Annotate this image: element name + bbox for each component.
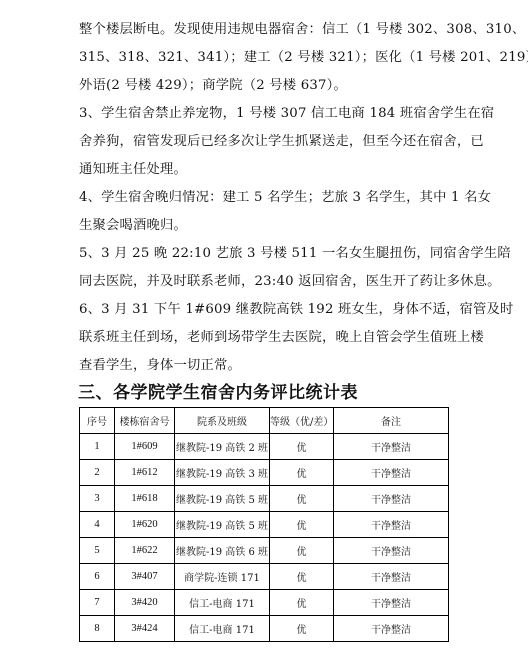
- cell-department-class: 信工-电商 171: [175, 590, 270, 616]
- text-line: 5、3 月 25 晚 22:10 艺旅 3 号楼 511 一名女生腿扭伤，同宿舍…: [79, 240, 451, 268]
- cell-remarks: 干净整洁: [334, 460, 449, 486]
- cell-grade: 优: [270, 486, 334, 512]
- text-line: 整个楼层断电。发现使用违规电器宿舍：信工（1 号楼 302、308、310、: [79, 16, 451, 44]
- table-header-row: 序号 楼栋宿舍号 院系及班级 等级（优/差） 备注: [80, 408, 449, 434]
- text-line: 生聚会喝酒晚归。: [79, 212, 451, 240]
- cell-department-class: 继教院-19 高铁 2 班: [175, 434, 270, 460]
- cell-index: 6: [80, 564, 115, 590]
- header-dorm-number: 楼栋宿舍号: [115, 408, 175, 434]
- cell-index: 5: [80, 538, 115, 564]
- text-line: 外语(2 号楼 429）；商学院（2 号楼 637）。: [79, 72, 451, 100]
- table-row: 3 1#618 继教院-19 高铁 5 班 优 干净整洁: [80, 486, 449, 512]
- section-heading: 三、各学院学生宿舍内务评比统计表: [78, 378, 358, 403]
- paragraph-item-6-illness: 6、3 月 31 下午 1#609 继教院高铁 192 班女生，身体不适，宿管及…: [79, 296, 451, 380]
- cell-grade: 优: [270, 538, 334, 564]
- cell-remarks: 干净整洁: [334, 434, 449, 460]
- cell-dorm-number: 1#622: [115, 538, 175, 564]
- table-row: 2 1#612 继教院-19 高铁 3 班 优 干净整洁: [80, 460, 449, 486]
- cell-remarks: 干净整洁: [334, 564, 449, 590]
- header-remarks: 备注: [334, 408, 449, 434]
- paragraph-item-4-late-return: 4、学生宿舍晚归情况：建工 5 名学生；艺旅 3 名学生，其中 1 名女 生聚会…: [79, 184, 451, 240]
- text-line: 3、学生宿舍禁止养宠物，1 号楼 307 信工电商 184 班宿舍学生在宿: [79, 100, 451, 128]
- text-line: 同去医院，并及时联系老师，23:40 返回宿舍，医生开了药让多休息。: [79, 268, 451, 296]
- cell-department-class: 商学院-连锁 171: [175, 564, 270, 590]
- dorm-inspection-table: 序号 楼栋宿舍号 院系及班级 等级（优/差） 备注 1 1#609 继教院-19…: [79, 407, 449, 642]
- cell-dorm-number: 1#612: [115, 460, 175, 486]
- table-row: 1 1#609 继教院-19 高铁 2 班 优 干净整洁: [80, 434, 449, 460]
- text-line: 联系班主任到场，老师到场带学生去医院，晚上自管会学生值班上楼: [79, 324, 451, 352]
- cell-dorm-number: 1#618: [115, 486, 175, 512]
- cell-remarks: 干净整洁: [334, 616, 449, 642]
- cell-department-class: 继教院-19 高铁 5 班: [175, 512, 270, 538]
- paragraph-illegal-appliances: 整个楼层断电。发现使用违规电器宿舍：信工（1 号楼 302、308、310、 3…: [79, 16, 451, 100]
- cell-index: 8: [80, 616, 115, 642]
- paragraph-item-3-pets: 3、学生宿舍禁止养宠物，1 号楼 307 信工电商 184 班宿舍学生在宿 舍养…: [79, 100, 451, 184]
- cell-grade: 优: [270, 616, 334, 642]
- table-row: 4 1#620 继教院-19 高铁 5 班 优 干净整洁: [80, 512, 449, 538]
- cell-index: 1: [80, 434, 115, 460]
- cell-grade: 优: [270, 512, 334, 538]
- header-grade: 等级（优/差）: [270, 408, 334, 434]
- table-row: 6 3#407 商学院-连锁 171 优 干净整洁: [80, 564, 449, 590]
- text-line: 4、学生宿舍晚归情况：建工 5 名学生；艺旅 3 名学生，其中 1 名女: [79, 184, 451, 212]
- cell-grade: 优: [270, 564, 334, 590]
- table-row: 7 3#420 信工-电商 171 优 干净整洁: [80, 590, 449, 616]
- cell-index: 3: [80, 486, 115, 512]
- text-line: 6、3 月 31 下午 1#609 继教院高铁 192 班女生，身体不适，宿管及…: [79, 296, 451, 324]
- cell-grade: 优: [270, 460, 334, 486]
- paragraph-item-5-injury: 5、3 月 25 晚 22:10 艺旅 3 号楼 511 一名女生腿扭伤，同宿舍…: [79, 240, 451, 296]
- cell-index: 2: [80, 460, 115, 486]
- cell-remarks: 干净整洁: [334, 486, 449, 512]
- cell-grade: 优: [270, 590, 334, 616]
- table-row: 5 1#622 继教院-19 高铁 6 班 优 干净整洁: [80, 538, 449, 564]
- cell-remarks: 干净整洁: [334, 512, 449, 538]
- cell-department-class: 继教院-19 高铁 6 班: [175, 538, 270, 564]
- cell-department-class: 信工-电商 171: [175, 616, 270, 642]
- cell-index: 7: [80, 590, 115, 616]
- cell-dorm-number: 1#620: [115, 512, 175, 538]
- cell-remarks: 干净整洁: [334, 590, 449, 616]
- cell-grade: 优: [270, 434, 334, 460]
- header-department-class: 院系及班级: [175, 408, 270, 434]
- text-line: 舍养狗，宿管发现后已经多次让学生抓紧送走，但至今还在宿舍，已: [79, 128, 451, 156]
- text-line: 315、318、321、341）；建工（2 号楼 321）；医化（1 号楼 20…: [79, 44, 451, 72]
- cell-remarks: 干净整洁: [334, 538, 449, 564]
- cell-department-class: 继教院-19 高铁 3 班: [175, 460, 270, 486]
- header-index: 序号: [80, 408, 115, 434]
- cell-dorm-number: 3#420: [115, 590, 175, 616]
- text-line: 查看学生，身体一切正常。: [79, 352, 451, 380]
- cell-index: 4: [80, 512, 115, 538]
- text-line: 通知班主任处理。: [79, 156, 451, 184]
- cell-dorm-number: 1#609: [115, 434, 175, 460]
- cell-dorm-number: 3#424: [115, 616, 175, 642]
- table-row: 8 3#424 信工-电商 171 优 干净整洁: [80, 616, 449, 642]
- cell-department-class: 继教院-19 高铁 5 班: [175, 486, 270, 512]
- cell-dorm-number: 3#407: [115, 564, 175, 590]
